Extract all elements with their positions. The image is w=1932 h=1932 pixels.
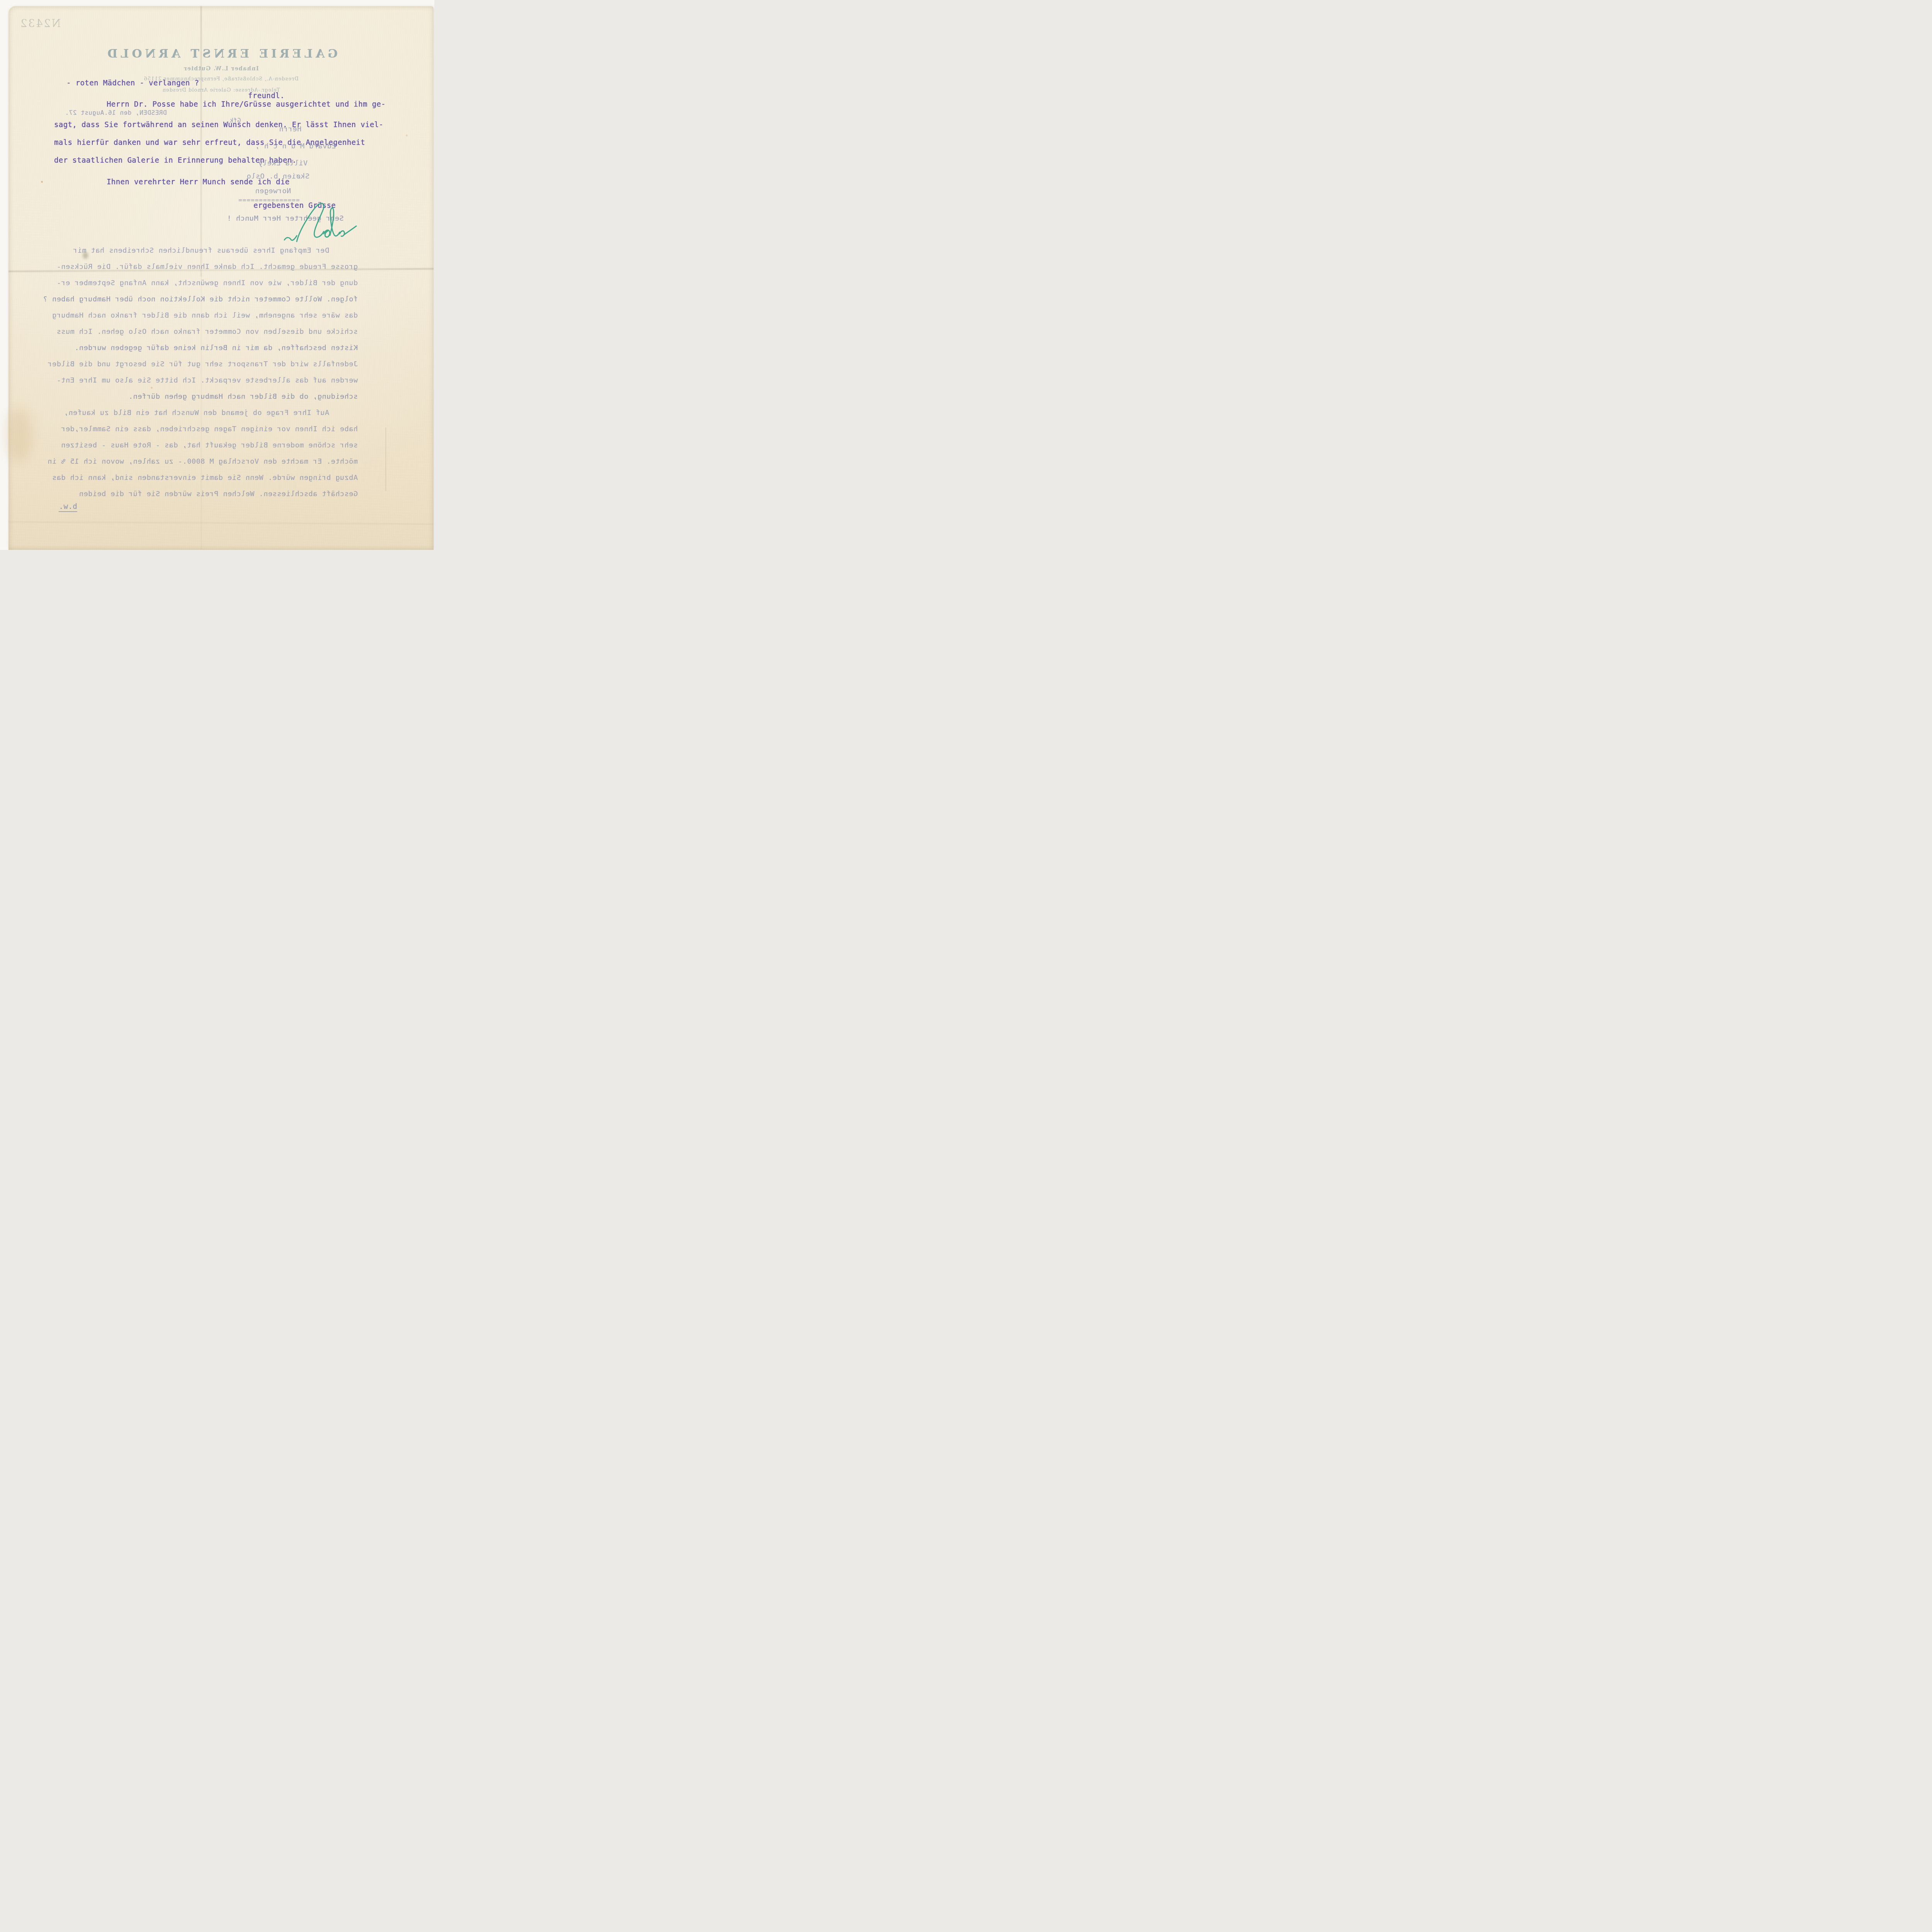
letterhead-gallery-name: GALERIE ERNST ARNOLD: [9, 47, 434, 61]
bleed-recipient-country: Norwegen: [255, 187, 291, 195]
fox-spot: [406, 134, 408, 136]
bleed-recipient-place: Skøien b. Oslo: [247, 172, 310, 180]
bleed-recipient-herrn: Herrn: [279, 125, 301, 133]
bleed-body-line: Geschäft abschliessen. Welchen Preis wür…: [43, 486, 358, 502]
bleed-body-line: habe ich Ihnen vor einigen Tagen geschri…: [43, 421, 358, 437]
bleed-body-line: möchte. Er machte den Vorschlag M 8000.-…: [43, 454, 358, 470]
letterhead-telegram-address: Telegr.-Adresse: Galerie Arnold Dresden: [9, 87, 434, 93]
bleed-body-line: das wäre sehr angenehm, weil ich dann di…: [43, 308, 358, 324]
bleed-page-turn-mark: b.w.: [59, 502, 77, 512]
bleed-recipient-name: Edvard M u n c h ,: [255, 142, 336, 150]
bleed-body-line: sehr schöne moderne Bilder gekauft hat, …: [43, 437, 358, 454]
typed-paragraph1-line1: Herrn Dr. Posse habe ich Ihre/Grüsse aus…: [107, 100, 386, 109]
letterhead-owner: Inhaber L.W. Gutbier: [9, 66, 434, 72]
typed-fragment-line: - roten Mädchen - verlangen ?: [66, 79, 199, 87]
bleed-date-line: DRESDEN, den 16.August 27.: [65, 109, 167, 116]
fox-spot: [41, 181, 43, 183]
bleed-body-line: Kisten beschaffen, da mir in Berlin kein…: [43, 340, 358, 356]
pencil-inventory-number: N2432: [19, 18, 61, 30]
bleed-body-line: grosse Freude gemacht. Ich danke Ihnen v…: [43, 259, 358, 275]
bleed-body-line: schicke und dieselben von Commeter frank…: [43, 324, 358, 340]
bleed-ref-mark: Gfk.: [226, 117, 241, 124]
bleed-body-line: Der Empfang Ihres überaus freundlichen S…: [43, 243, 358, 259]
bleed-body-line: scheidung, ob die Bilder nach Hamburg ge…: [43, 389, 358, 405]
horizontal-fold-crease-lower: [9, 521, 434, 525]
typed-paragraph1-line2: sagt, dass Sie fortwährend an seinen Wun…: [54, 121, 383, 129]
paper-stain: [5, 408, 32, 462]
typed-insertion-freundl: freundl.: [248, 92, 285, 100]
bleed-body-block: Der Empfang Ihres überaus freundlichen S…: [43, 243, 358, 502]
scanned-letter-page: N2432 GALERIE ERNST ARNOLD Inhaber L.W. …: [0, 0, 434, 550]
bleed-body-line: dung der Bilder, wie von Ihnen gewünscht…: [43, 275, 358, 291]
bleed-body-line: werden auf das allerbeste verpackt. Ich …: [43, 372, 358, 389]
letter-paper: N2432 GALERIE ERNST ARNOLD Inhaber L.W. …: [9, 6, 434, 550]
bleed-body-line: Abzug bringen würde. Wenn Sie damit einv…: [43, 470, 358, 486]
bleed-body-line: Auf Ihre Frage ob jemand den Wunsch hat …: [43, 405, 358, 421]
bleed-body-line: folgen. Wollte Commeter nicht die Kollek…: [43, 291, 358, 308]
impression-line: [386, 427, 386, 491]
bleed-body-line: Jedenfalls wird der Transport sehr gut f…: [43, 356, 358, 372]
bleed-recipient-villa: Villa Ekely: [258, 159, 308, 167]
